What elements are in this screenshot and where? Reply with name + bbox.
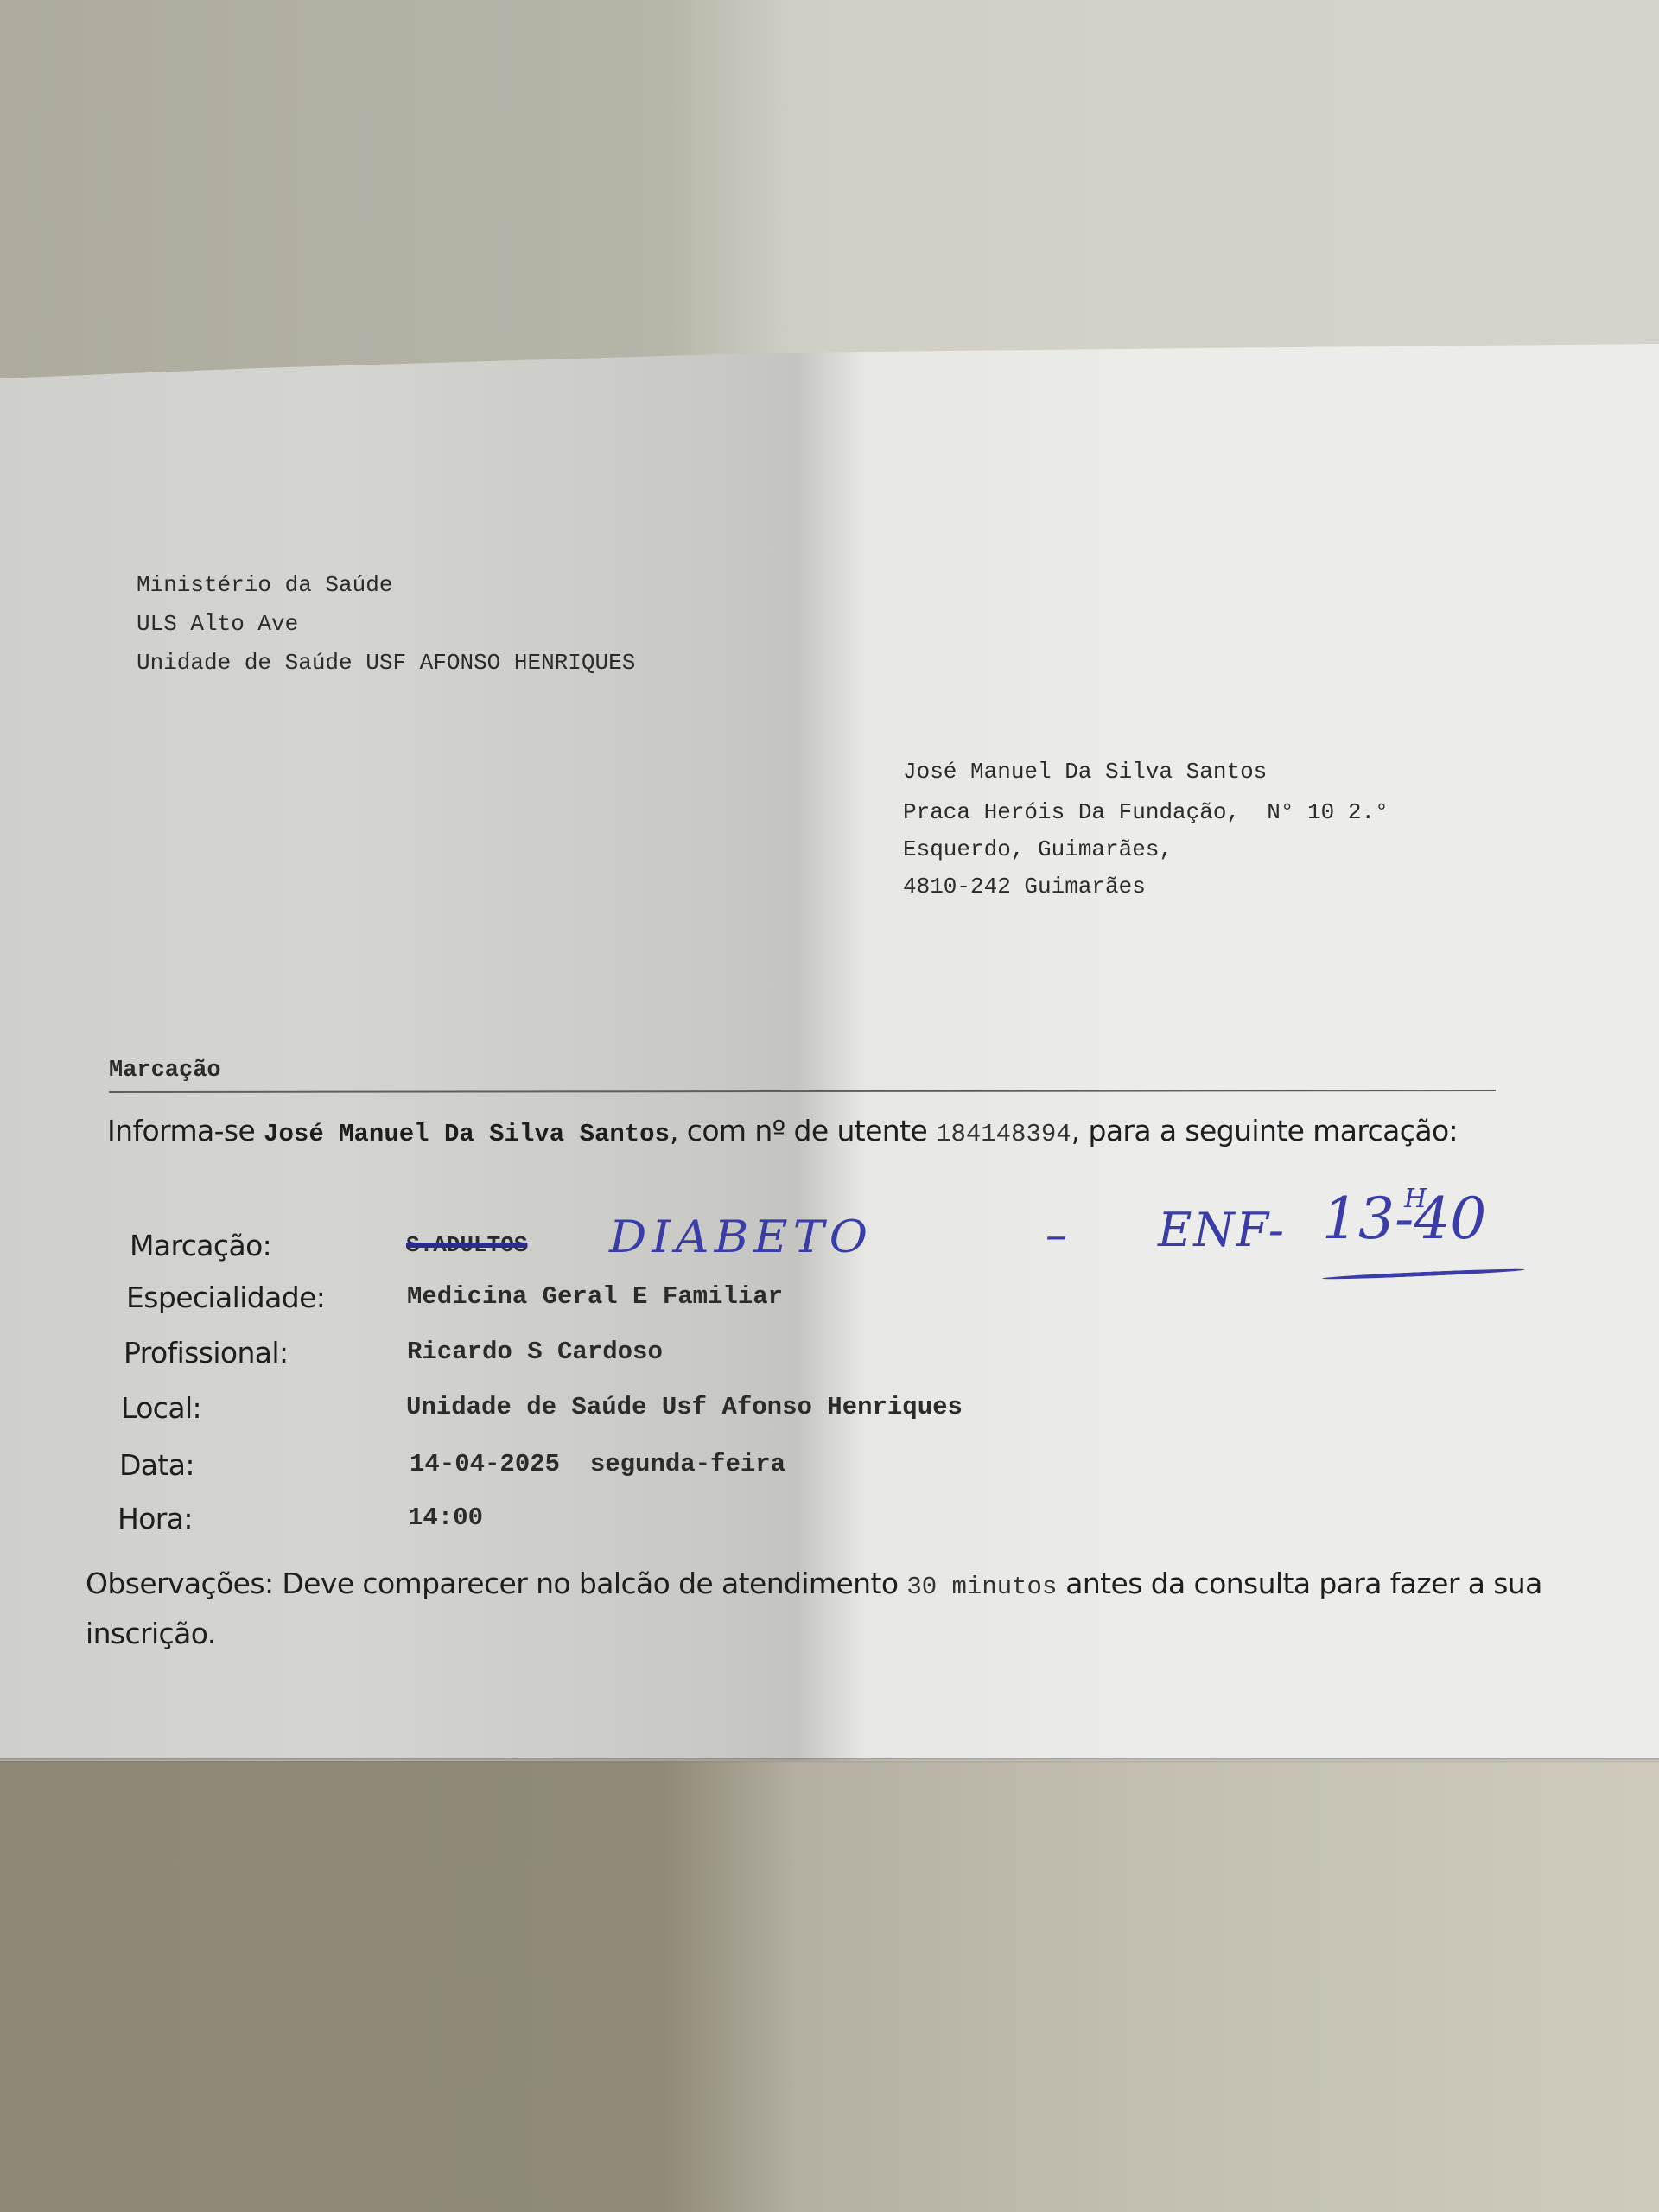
observations-prefix: Observações: Deve comparecer no balcão d… [86, 1567, 906, 1600]
paper-edge-shadow [0, 1758, 1659, 1763]
data-label: Data: [119, 1448, 194, 1482]
section-title: Marcação [109, 1058, 221, 1084]
observations-minutes: 30 minutos [906, 1573, 1057, 1601]
sender-ministry: Ministério da Saúde [137, 566, 635, 605]
especialidade-label: Especialidade: [126, 1281, 325, 1314]
sender-uls: ULS Alto Ave [137, 605, 635, 644]
intro-middle: , com nº de utente [670, 1114, 936, 1147]
hora-value: 14:00 [408, 1503, 483, 1532]
recipient-address-line3: 4810-242 Guimarães [903, 868, 1389, 906]
intro-paragraph: Informa-se José Manuel Da Silva Santos, … [107, 1108, 1524, 1158]
data-value: 14-04-2025 segunda-feira [410, 1450, 785, 1478]
handwritten-nurse-note: ENF- [1158, 1203, 1286, 1257]
handwritten-dash: – [1046, 1210, 1067, 1260]
recipient-address-line2: Esquerdo, Guimarães, [903, 831, 1389, 868]
local-label: Local: [121, 1391, 201, 1425]
handwritten-correction: DIABETO [609, 1211, 873, 1263]
intro-utente-number: 184148394 [936, 1120, 1071, 1148]
profissional-value: Ricardo S Cardoso [407, 1338, 663, 1366]
sender-unit: Unidade de Saúde USF AFONSO HENRIQUES [137, 644, 635, 683]
local-value: Unidade de Saúde Usf Afonso Henriques [406, 1393, 963, 1421]
especialidade-value: Medicina Geral E Familiar [407, 1282, 783, 1311]
recipient-block: José Manuel Da Silva Santos Praca Heróis… [903, 753, 1389, 906]
recipient-address-line1: Praca Heróis Da Fundação, N° 10 2.° [903, 794, 1389, 831]
handwritten-hour-marker: H [1404, 1184, 1427, 1214]
intro-patient-name: José Manuel Da Silva Santos [264, 1120, 670, 1148]
appointment-letter [0, 344, 1659, 1761]
intro-prefix: Informa-se [107, 1114, 264, 1147]
intro-suffix: , para a seguinte marcação: [1071, 1114, 1458, 1147]
marcacao-label: Marcação: [130, 1229, 271, 1262]
observations: Observações: Deve comparecer no balcão d… [86, 1560, 1554, 1657]
table-surface [0, 1754, 1659, 2212]
marcacao-value: S.ADULTOS [406, 1232, 527, 1258]
sender-block: Ministério da Saúde ULS Alto Ave Unidade… [137, 566, 635, 683]
recipient-name: José Manuel Da Silva Santos [903, 753, 1389, 791]
profissional-label: Profissional: [124, 1336, 289, 1370]
hora-label: Hora: [118, 1502, 193, 1535]
